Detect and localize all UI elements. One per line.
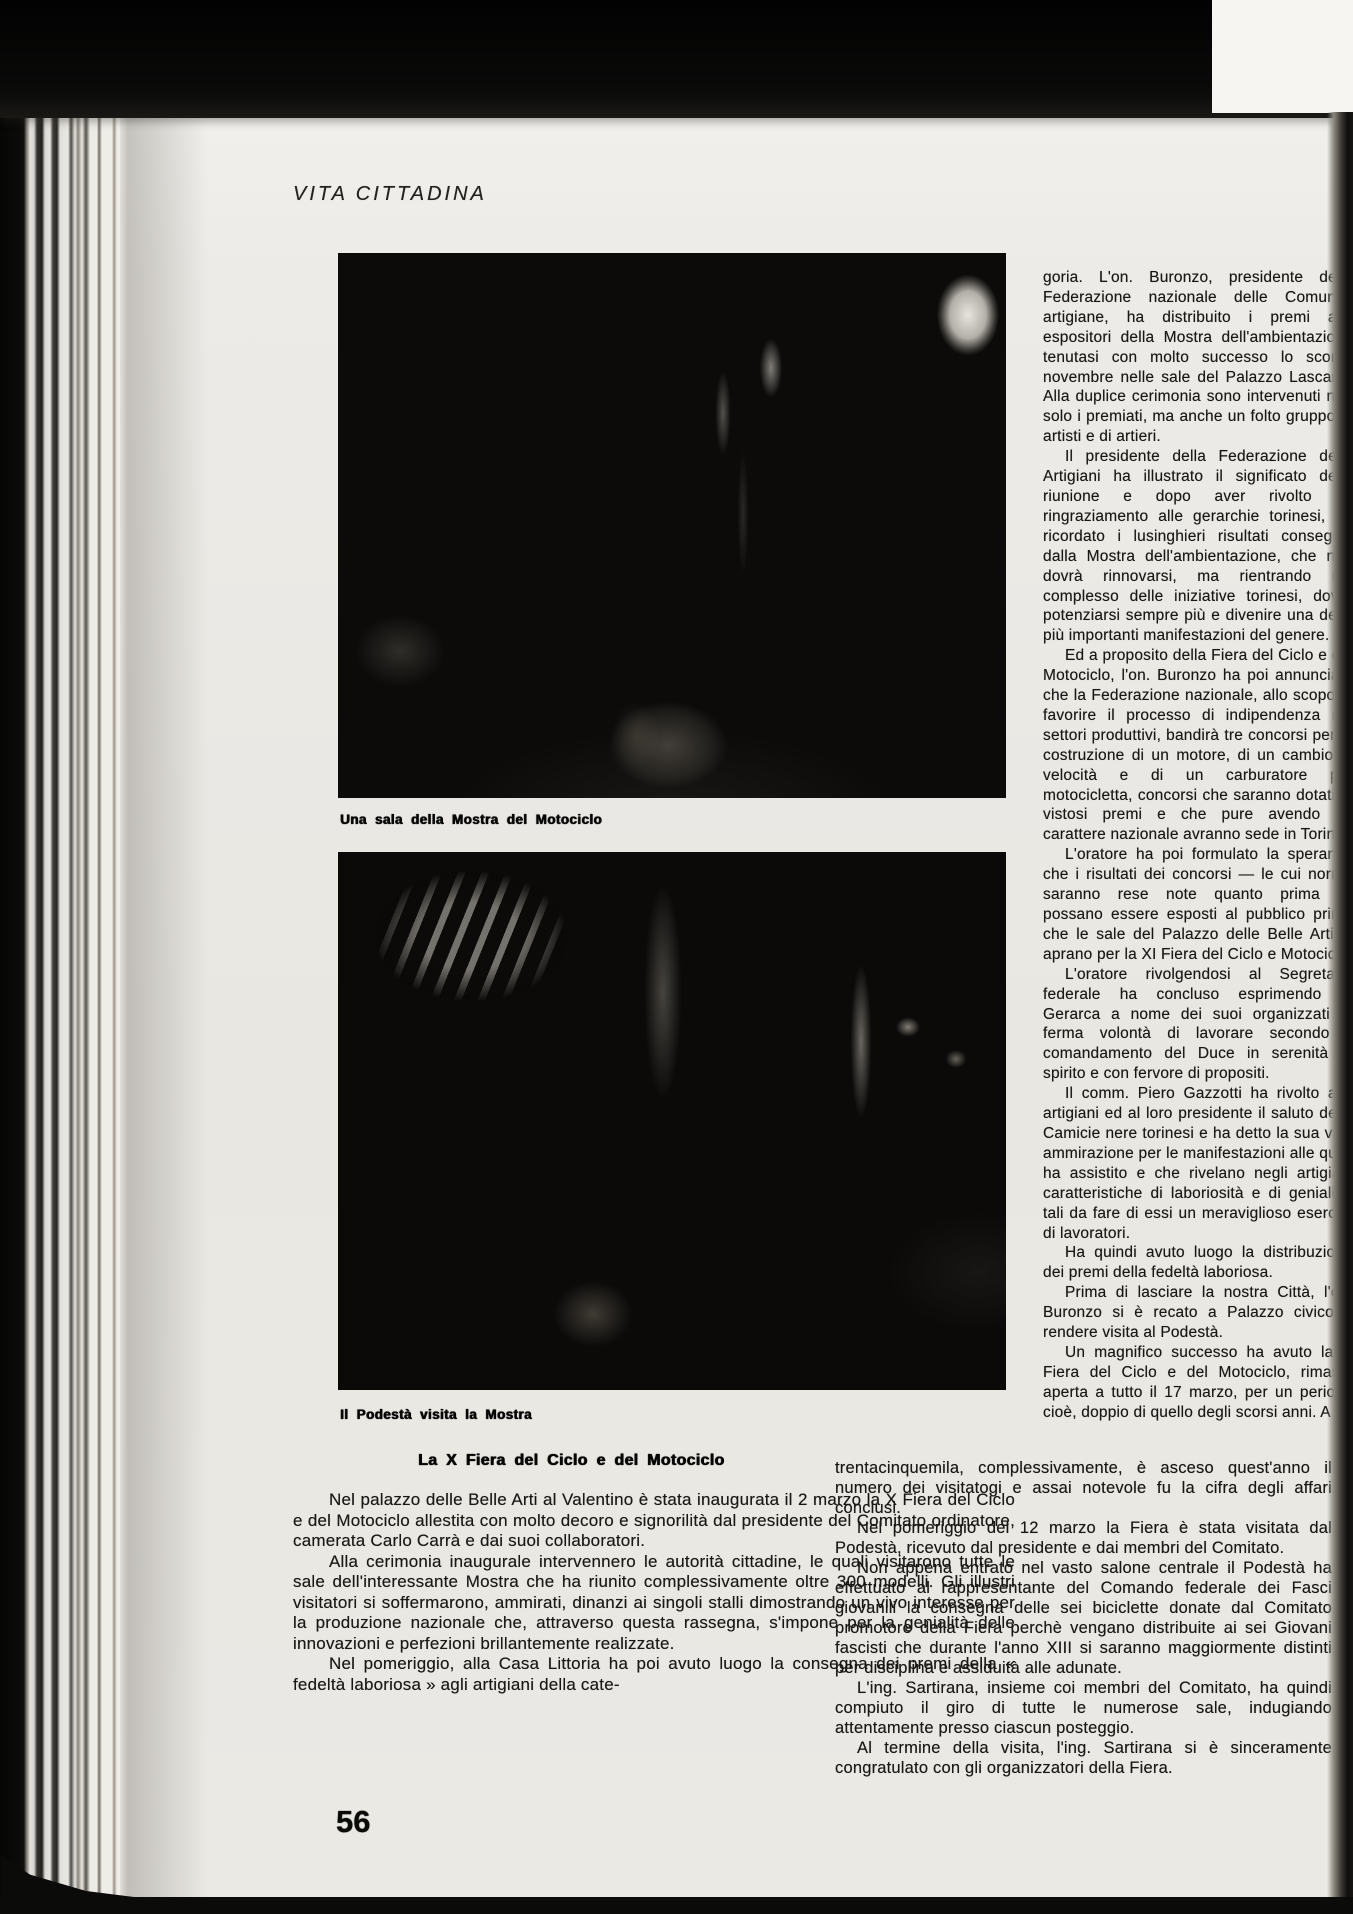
photo-light-streaks xyxy=(346,856,606,1034)
photo-podesta-visit xyxy=(338,852,1006,1390)
paragraph: L'oratore rivolgendosi al Segretario fed… xyxy=(1043,965,1353,1084)
paragraph: Non appena entrato nel vasto salone cent… xyxy=(835,1558,1332,1678)
book-binding-edge xyxy=(0,0,128,1914)
section-header: VITA CITTADINA xyxy=(293,183,487,206)
paragraph: Ed a proposito della Fiera del Ciclo e d… xyxy=(1043,646,1353,845)
article-right-column: goria. L'on. Buronzo, presidente della F… xyxy=(1043,268,1353,1423)
page-number: 56 xyxy=(336,1804,370,1840)
paragraph: L'oratore ha poi formulato la speranza c… xyxy=(1043,845,1353,964)
scan-top-border xyxy=(0,0,1353,118)
photo-caption-2: Il Podestà visita la Mostra xyxy=(340,1407,532,1422)
paragraph: Ha quindi avuto luogo la distribuzione d… xyxy=(1043,1243,1353,1283)
paragraph: Prima di lasciare la nostra Città, l'on.… xyxy=(1043,1283,1353,1343)
paragraph: goria. L'on. Buronzo, presidente della F… xyxy=(1043,268,1353,447)
paragraph: Un magnifico successo ha avuto la X Fier… xyxy=(1043,1343,1353,1423)
paragraph: Al termine della visita, l'ing. Sartiran… xyxy=(835,1738,1332,1778)
article-bottom-right-column: trentacinquemila, complessivamente, è as… xyxy=(835,1458,1332,1778)
paragraph: L'ing. Sartirana, insieme coi membri del… xyxy=(835,1678,1332,1738)
paragraph: Il comm. Piero Gazzotti ha rivolto agli … xyxy=(1043,1084,1353,1243)
paragraph: trentacinquemila, complessivamente, è as… xyxy=(835,1458,1332,1518)
paragraph: Nel pomeriggio del 12 marzo la Fiera è s… xyxy=(835,1518,1332,1558)
magazine-page-scan: VITA CITTADINA Una sala della Mostra del… xyxy=(0,0,1353,1914)
scan-bottom-border xyxy=(0,1897,1353,1914)
scan-corner-notch xyxy=(1212,0,1353,113)
photo-exhibition-hall xyxy=(338,253,1006,798)
article-title: La X Fiera del Ciclo e del Motociclo xyxy=(418,1452,724,1470)
paragraph: Il presidente della Federazione degli Ar… xyxy=(1043,447,1353,646)
scan-right-border xyxy=(1327,112,1353,1914)
photo-caption-1: Una sala della Mostra del Motociclo xyxy=(340,812,602,827)
